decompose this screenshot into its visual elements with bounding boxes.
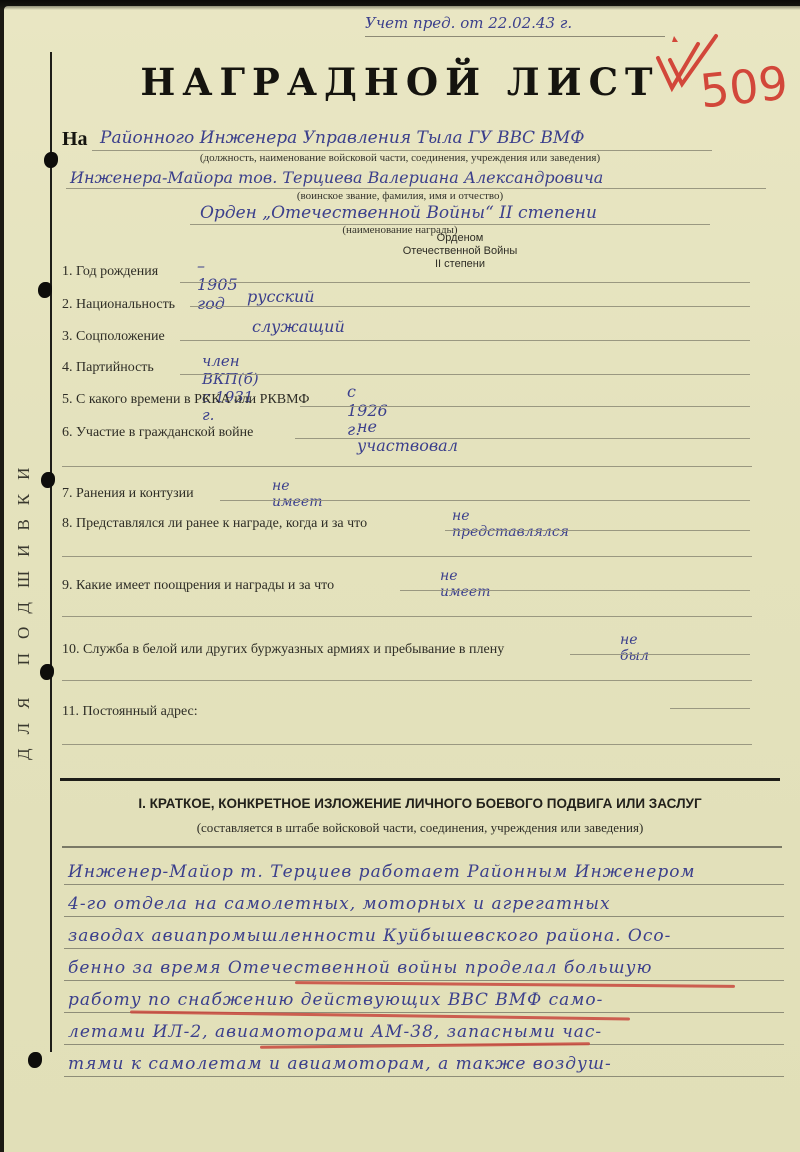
section-divider xyxy=(60,778,780,781)
document-title: НАГРАДНОЙ ЛИСТ xyxy=(0,60,800,104)
field-rule xyxy=(62,680,752,681)
field-label: 9. Какие имеет поощрения и награды и за … xyxy=(62,578,334,593)
position-caption: (должность, наименование войсковой части… xyxy=(100,152,700,164)
field-rule xyxy=(62,466,752,467)
position-value: Районного Инженера Управления Тыла ГУ ВВ… xyxy=(100,128,584,148)
name-value: Инженера-Майора тов. Терциева Валериана … xyxy=(70,168,603,187)
field-social-status: 3. Соцположение служащий xyxy=(62,327,165,351)
addressee-prefix: На xyxy=(62,128,88,151)
narrative-text: 4-го отдела на самолетных, моторных и аг… xyxy=(68,894,611,914)
field-rule xyxy=(190,306,750,307)
award-value: Орден „Отечественной Войны“ II степени xyxy=(200,203,597,223)
field-prior-awards-nomination: 8. Представлялся ли ранее к награде, ког… xyxy=(62,514,367,538)
section-subtitle: (составляется в штабе войсковой части, с… xyxy=(60,820,780,836)
field-birth-year: 1. Год рождения – 1905 год xyxy=(62,262,158,286)
field-label: 10. Служба в белой или других буржуазных… xyxy=(62,642,504,657)
field-value: не имеет xyxy=(272,478,322,510)
position-rule xyxy=(92,150,712,151)
binding-margin-line xyxy=(50,52,52,1052)
field-rule xyxy=(180,374,750,375)
field-civil-war: 6. Участие в гражданской войне не участв… xyxy=(62,423,253,447)
field-service-since: 5. С какого времени в РККА или РКВМФ с 1… xyxy=(62,390,309,414)
narrative-line: Инженер-Майор т. Терциев работает Районн… xyxy=(64,852,784,885)
field-value: не участвовал xyxy=(357,417,458,455)
punch-hole xyxy=(44,152,58,168)
field-wounds: 7. Ранения и контузии не имеет xyxy=(62,484,194,508)
field-rule xyxy=(300,406,750,407)
field-label: 5. С какого времени в РККА или РКВМФ xyxy=(62,392,309,407)
field-value: – 1905 год xyxy=(197,256,238,313)
stamp-line: Орденом xyxy=(380,232,540,245)
binding-margin-label: ДЛЯ ПОДШИВКИ xyxy=(14,454,34,760)
page-top-edge xyxy=(0,0,800,10)
field-label: 3. Соцположение xyxy=(62,329,165,344)
field-label: 4. Партийность xyxy=(62,360,154,375)
punch-hole xyxy=(41,472,55,488)
narrative-line: 4-го отдела на самолетных, моторных и аг… xyxy=(64,884,784,917)
narrative-text: Инженер-Майор т. Терциев работает Районн… xyxy=(68,862,696,882)
field-label: 6. Участие в гражданской войне xyxy=(62,425,253,440)
field-rule xyxy=(570,654,750,655)
stamp-line: Отечественной Войны xyxy=(380,245,540,258)
narrative-text: бенно за время Отечественной войны проде… xyxy=(68,958,652,978)
name-rule xyxy=(66,188,766,189)
field-rule xyxy=(220,500,750,501)
field-rule xyxy=(295,438,750,439)
field-value: не был xyxy=(620,632,649,664)
award-stamp: Орденом Отечественной Войны II степени xyxy=(380,232,540,271)
narrative-line: тями к самолетам и авиамоторам, а также … xyxy=(64,1044,784,1077)
narrative-line: бенно за время Отечественной войны проде… xyxy=(64,948,784,981)
name-caption: (воинское звание, фамилия, имя и отчеств… xyxy=(100,190,700,202)
section-sub-rule xyxy=(62,846,782,848)
field-permanent-address: 11. Постоянный адрес: xyxy=(62,702,198,726)
field-rule xyxy=(62,556,752,557)
archive-note: Учет пред. от 22.02.43 г. xyxy=(365,14,665,37)
field-value: не имеет xyxy=(440,568,490,600)
field-label: 8. Представлялся ли ранее к награде, ког… xyxy=(62,516,367,531)
punch-hole xyxy=(28,1052,42,1068)
section-title: I. КРАТКОЕ, КОНКРЕТНОЕ ИЗЛОЖЕНИЕ ЛИЧНОГО… xyxy=(60,796,780,811)
field-rule xyxy=(62,744,752,745)
stamp-line: II степени xyxy=(380,258,540,271)
field-value: не представлялся xyxy=(452,508,569,540)
field-rule xyxy=(670,708,750,709)
field-rule xyxy=(180,340,750,341)
field-party: 4. Партийность член ВКП(б) с 1931 г. xyxy=(62,358,154,382)
narrative-line: заводах авиапромышленности Куйбышевского… xyxy=(64,916,784,949)
field-label: 1. Год рождения xyxy=(62,264,158,279)
field-label: 11. Постоянный адрес: xyxy=(62,704,198,719)
punch-hole xyxy=(38,282,52,298)
field-value: русский xyxy=(247,287,315,306)
field-rule xyxy=(445,530,750,531)
field-white-army-service: 10. Служба в белой или других буржуазных… xyxy=(62,640,504,664)
field-nationality: 2. Национальность русский xyxy=(62,295,175,319)
field-rule xyxy=(62,616,752,617)
field-label: 2. Национальность xyxy=(62,297,175,312)
narrative-text: работу по снабжению действующих ВВС ВМФ … xyxy=(68,990,603,1010)
narrative-text: заводах авиапромышленности Куйбышевского… xyxy=(68,926,671,946)
field-commendations: 9. Какие имеет поощрения и награды и за … xyxy=(62,576,334,600)
field-value: служащий xyxy=(252,317,345,336)
field-rule xyxy=(400,590,750,591)
field-rule xyxy=(180,282,750,283)
field-label: 7. Ранения и контузии xyxy=(62,486,194,501)
narrative-text: летами ИЛ-2, авиамоторами АМ-38, запасны… xyxy=(68,1022,602,1042)
narrative-text: тями к самолетам и авиамоторам, а также … xyxy=(68,1054,612,1074)
punch-hole xyxy=(40,664,54,680)
